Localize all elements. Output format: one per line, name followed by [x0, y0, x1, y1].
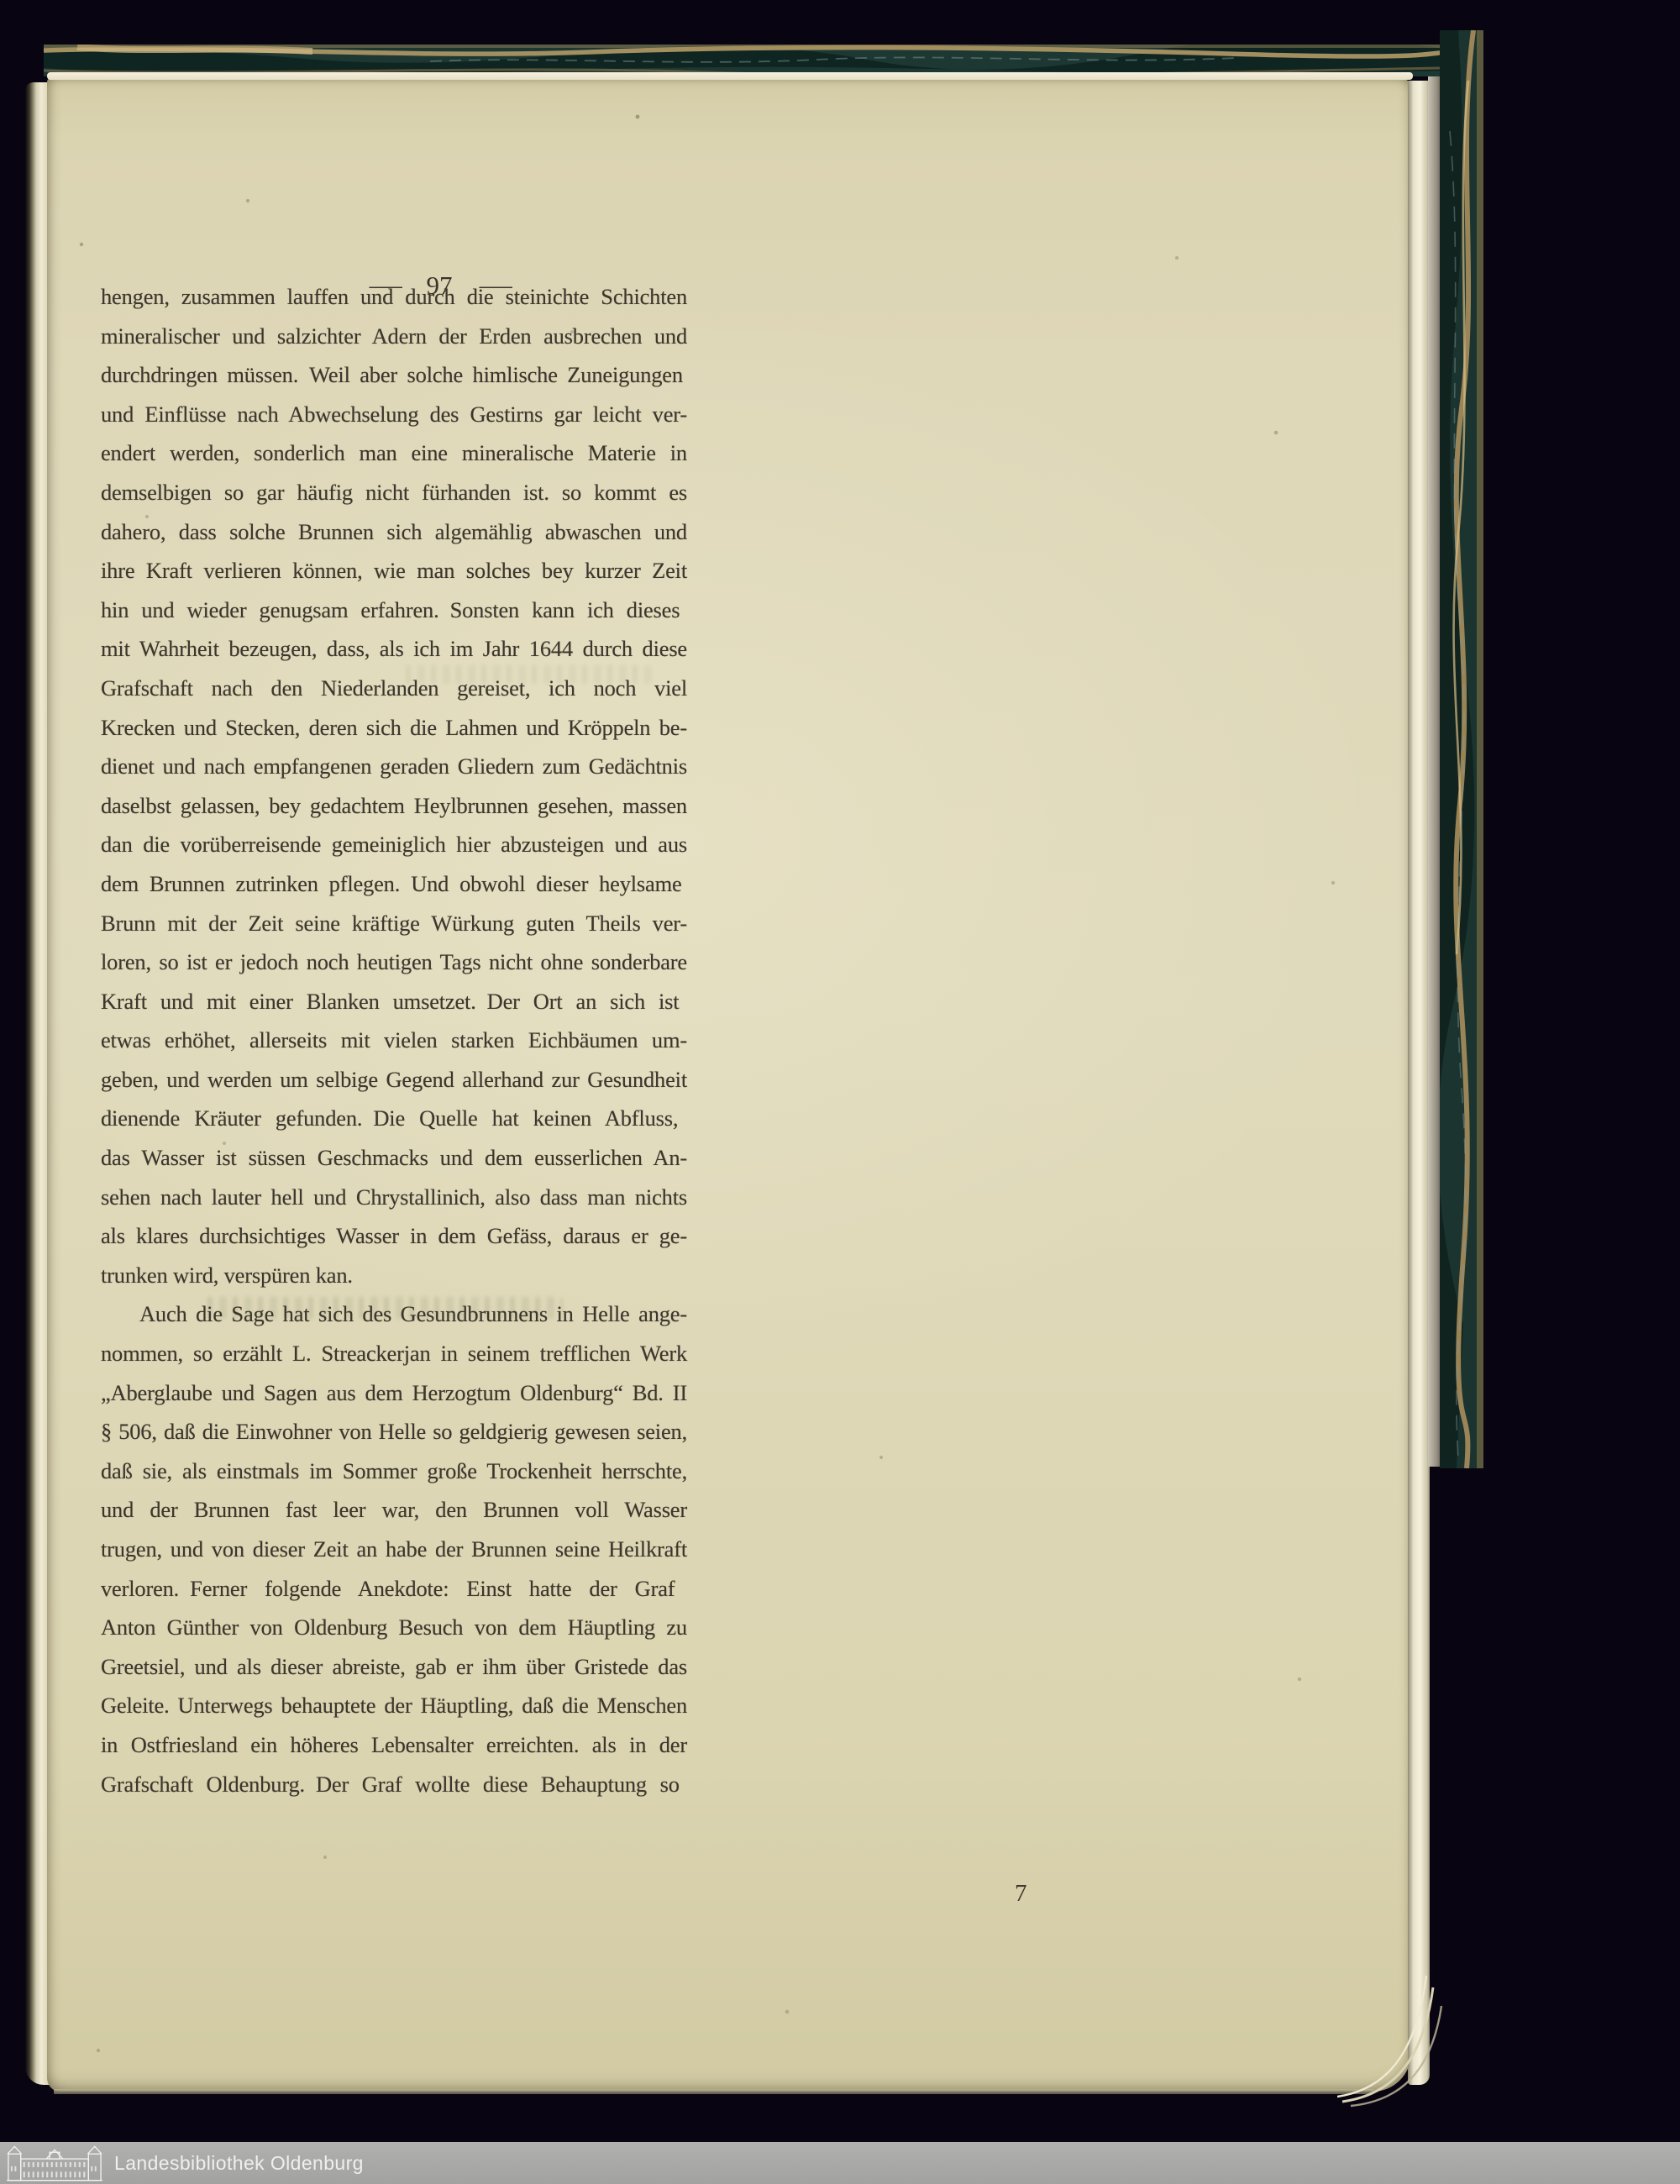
left-page-edge	[25, 82, 49, 2085]
text-line-content: trugen, und von dieser Zeit an habe der …	[101, 1530, 687, 1569]
text-line-content: Grafschaft Oldenburg. Der Graf wollte di…	[101, 1765, 680, 1804]
text-line-content: Brunn mit der Zeit seine kräftige Würkun…	[101, 904, 687, 943]
corner-arc-lines	[1337, 1962, 1455, 2109]
text-line: ihre Kraft verlieren können, wie man sol…	[101, 551, 687, 591]
text-line: mineralischer und salzichter Adern der E…	[101, 317, 687, 356]
page-bottom-edge	[54, 2089, 1374, 2094]
text-line-content: Greetsiel, und als dieser abreiste, gab …	[101, 1647, 687, 1687]
text-line-content: Krecken und Stecken, deren sich die Lahm…	[101, 708, 687, 748]
text-line: und Einflüsse nach Abwechselung des Gest…	[101, 395, 687, 434]
text-line-content: mineralischer und salzichter Adern der E…	[101, 317, 687, 356]
text-line: Greetsiel, und als dieser abreiste, gab …	[101, 1647, 687, 1687]
text-line: hin und wieder genugsam erfahren. Sonste…	[101, 591, 687, 630]
text-line-content: und Einflüsse nach Abwechselung des Gest…	[101, 395, 687, 434]
text-line-content: endert werden, sonderlich man eine miner…	[101, 433, 687, 473]
endpaper-edge	[1428, 49, 1441, 1467]
text-line-content: § 506, daß die Einwohner von Helle so ge…	[101, 1412, 687, 1452]
library-building-icon	[5, 2144, 104, 2182]
text-line: loren, so ist er jedoch noch heutigen Ta…	[101, 942, 687, 982]
text-line: nommen, so erzählt L. Streackerjan in se…	[101, 1334, 687, 1373]
text-line: Anton Günther von Oldenburg Besuch von d…	[101, 1608, 687, 1647]
text-line: dienet und nach empfangenen geraden Glie…	[101, 747, 687, 786]
signature-mark: 7	[1015, 1880, 1027, 1908]
text-line-content: etwas erhöhet, allerseits mit vielen sta…	[101, 1021, 687, 1060]
page-corner-stack	[1337, 1962, 1455, 2109]
text-line: als klares durchsichtiges Wasser in dem …	[101, 1216, 687, 1256]
text-line-content: daselbst gelassen, bey gedachtem Heylbru…	[101, 786, 687, 826]
text-line-content: demselbigen so gar häufig nicht fürhande…	[101, 473, 687, 512]
marbled-cover-side-edge	[1440, 30, 1483, 1468]
body-text: hengen, zusammen lauffen und durch die s…	[101, 277, 687, 1803]
text-line: „Aberglaube und Sagen aus dem Herzogtum …	[101, 1373, 687, 1413]
library-name: Landesbibliothek Oldenburg	[114, 2152, 364, 2175]
text-line: Kraft und mit einer Blanken umsetzet. De…	[101, 982, 687, 1021]
text-line: das Wasser ist süssen Geschmacks und dem…	[101, 1138, 687, 1178]
text-line-content: Grafschaft nach den Niederlanden gereise…	[101, 669, 687, 708]
text-line-content: Kraft und mit einer Blanken umsetzet. De…	[101, 982, 679, 1021]
text-line-content: Anton Günther von Oldenburg Besuch von d…	[101, 1608, 687, 1647]
text-line-content: das Wasser ist süssen Geschmacks und dem…	[101, 1138, 687, 1178]
marble-pattern-side	[1440, 30, 1483, 1468]
text-line: dienende Kräuter gefunden. Die Quelle ha…	[101, 1099, 687, 1138]
text-line: hengen, zusammen lauffen und durch die s…	[101, 277, 687, 317]
text-line: verloren. Ferner folgende Anekdote: Eins…	[101, 1569, 687, 1609]
book-page: — 97 — hengen, zusammen lauffen und durc…	[47, 77, 1411, 2092]
paragraph: hengen, zusammen lauffen und durch die s…	[101, 277, 687, 1294]
text-line: Auch die Sage hat sich des Gesundbrunnen…	[101, 1294, 687, 1334]
text-line-content: in Ostfriesland ein höheres Lebensalter …	[101, 1725, 687, 1765]
text-line: Grafschaft Oldenburg. Der Graf wollte di…	[101, 1765, 687, 1804]
text-line: endert werden, sonderlich man eine miner…	[101, 433, 687, 473]
text-line: und der Brunnen fast leer war, den Brunn…	[101, 1490, 687, 1530]
text-line-content: sehen nach lauter hell und Chrystallinic…	[101, 1178, 687, 1217]
paragraph: Auch die Sage hat sich des Gesundbrunnen…	[101, 1294, 687, 1803]
text-line-content: durchdringen müssen. Weil aber solche hi…	[101, 355, 683, 395]
text-line: Geleite. Unterwegs behauptete der Häuptl…	[101, 1686, 687, 1725]
text-line: dahero, dass solche Brunnen sich algemäh…	[101, 512, 687, 552]
text-line: daselbst gelassen, bey gedachtem Heylbru…	[101, 786, 687, 826]
text-line: trugen, und von dieser Zeit an habe der …	[101, 1530, 687, 1569]
scanned-book-photograph: — 97 — hengen, zusammen lauffen und durc…	[0, 0, 1680, 2184]
text-line: sehen nach lauter hell und Chrystallinic…	[101, 1178, 687, 1217]
page-stack-edge	[1408, 81, 1430, 2085]
text-line-content: hengen, zusammen lauffen und durch die s…	[101, 277, 687, 317]
text-line-content: daß sie, als einstmals im Sommer große T…	[101, 1452, 687, 1491]
text-line: in Ostfriesland ein höheres Lebensalter …	[101, 1725, 687, 1765]
text-line: dem Brunnen zutrinken pflegen. Und obwoh…	[101, 864, 687, 904]
page-top-edge	[47, 72, 1413, 80]
library-watermark-bar: Landesbibliothek Oldenburg	[0, 2142, 1680, 2184]
text-line-content: trunken wird, verspüren kan.	[101, 1256, 353, 1295]
text-line-content: dem Brunnen zutrinken pflegen. Und obwoh…	[101, 864, 682, 904]
text-line-content: „Aberglaube und Sagen aus dem Herzogtum …	[101, 1373, 687, 1413]
text-line: mit Wahrheit bezeugen, dass, als ich im …	[101, 629, 687, 669]
text-line-content: hin und wieder genugsam erfahren. Sonste…	[101, 591, 680, 630]
text-line: Brunn mit der Zeit seine kräftige Würkun…	[101, 904, 687, 943]
text-line: etwas erhöhet, allerseits mit vielen sta…	[101, 1021, 687, 1060]
text-line: daß sie, als einstmals im Sommer große T…	[101, 1452, 687, 1491]
text-line-content: dan die vorüberreisende gemeiniglich hie…	[101, 825, 687, 864]
text-line-content: Geleite. Unterwegs behauptete der Häuptl…	[101, 1686, 687, 1725]
text-line-content: dahero, dass solche Brunnen sich algemäh…	[101, 512, 687, 552]
text-line: Grafschaft nach den Niederlanden gereise…	[101, 669, 687, 708]
text-line: demselbigen so gar häufig nicht fürhande…	[101, 473, 687, 512]
text-line-content: dienende Kräuter gefunden. Die Quelle ha…	[101, 1099, 678, 1138]
text-line-content: dienet und nach empfangenen geraden Glie…	[101, 747, 687, 786]
text-line-content: und der Brunnen fast leer war, den Brunn…	[101, 1490, 687, 1530]
text-line: § 506, daß die Einwohner von Helle so ge…	[101, 1412, 687, 1452]
text-line-content: nommen, so erzählt L. Streackerjan in se…	[101, 1334, 687, 1373]
text-line-content: ihre Kraft verlieren können, wie man sol…	[101, 551, 687, 591]
text-line: Krecken und Stecken, deren sich die Lahm…	[101, 708, 687, 748]
text-line-content: mit Wahrheit bezeugen, dass, als ich im …	[101, 629, 687, 669]
text-line-content: als klares durchsichtiges Wasser in dem …	[101, 1216, 687, 1256]
text-line-content: geben, und werden um selbige Gegend alle…	[101, 1060, 687, 1100]
text-line-content: verloren. Ferner folgende Anekdote: Eins…	[101, 1569, 675, 1609]
text-line: durchdringen müssen. Weil aber solche hi…	[101, 355, 687, 395]
text-line-content: loren, so ist er jedoch noch heutigen Ta…	[101, 942, 687, 982]
text-line-content: Auch die Sage hat sich des Gesundbrunnen…	[139, 1294, 687, 1334]
text-line: geben, und werden um selbige Gegend alle…	[101, 1060, 687, 1100]
text-line: dan die vorüberreisende gemeiniglich hie…	[101, 825, 687, 864]
text-line: trunken wird, verspüren kan.	[101, 1256, 687, 1295]
